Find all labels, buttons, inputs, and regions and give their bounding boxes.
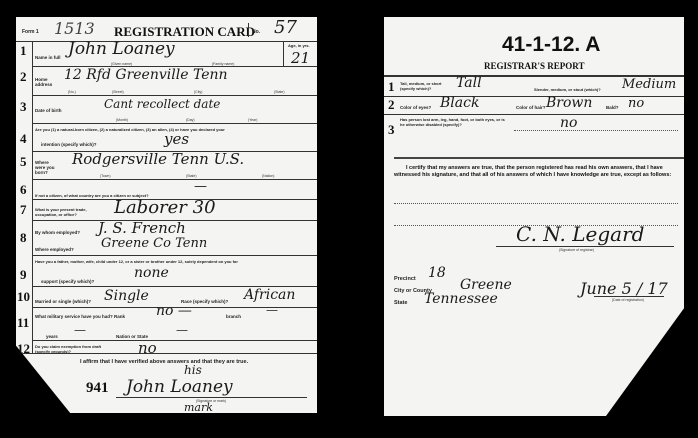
race-value: African: [244, 287, 295, 303]
registrant-signature: John Loaney: [126, 377, 233, 397]
eye-color-label: Color of eyes?: [400, 105, 431, 110]
bald-label: Bald?: [606, 105, 619, 110]
build-label: Slender, medium, or stout (which)?: [534, 87, 601, 92]
military-rank-label: What military service have you had? Rank: [35, 314, 125, 319]
employment-place-label: Where employed?: [35, 247, 74, 252]
birthplace-label: Where were you born?: [35, 160, 57, 175]
employer-label: By whom employed?: [35, 230, 80, 235]
disability-value: no: [560, 115, 577, 131]
hair-color-label: Color of hair?: [516, 105, 546, 110]
marital-label: Married or single (which)?: [35, 299, 91, 304]
address-value: 12 Rfd Greenville Tenn: [64, 67, 228, 83]
height-value: Tall: [456, 75, 482, 91]
eye-color-value: Black: [440, 95, 479, 111]
state-label: State: [394, 300, 407, 306]
employer-value: J. S. French: [98, 219, 186, 237]
registrars-report-card: 41-1-12. A REGISTRAR'S REPORT 1 Tall, me…: [384, 17, 684, 416]
name-value: John Loaney: [68, 39, 175, 59]
card-title: REGISTRATION CARD: [114, 24, 255, 40]
military-rank-value: no —: [156, 303, 192, 319]
hair-color-value: Brown: [546, 95, 592, 111]
disability-label: Has person lost arm, leg, hand, foot, or…: [400, 117, 510, 127]
precinct-value: 18: [428, 265, 446, 281]
citizenship-value: yes: [164, 130, 189, 148]
registration-card: Form 1 1513 REGISTRATION CARD No. 57 1 N…: [16, 17, 317, 413]
age-value: 21: [291, 49, 310, 67]
affirmation-text: I affirm that I have verified above answ…: [80, 359, 248, 365]
citizenship-question: Are you (1) a natural-born citizen, (2) …: [35, 127, 225, 132]
name-label: Name in full: [35, 55, 61, 60]
address-label: Home address: [35, 77, 55, 87]
serial-number: 41-1-12. A: [502, 33, 600, 57]
bald-value: no: [628, 96, 644, 111]
foreign-citizenship-value: —: [194, 179, 207, 194]
certification-text: I certify that my answers are true, that…: [394, 165, 679, 179]
years-label: years: [46, 334, 58, 339]
report-title: REGISTRAR'S REPORT: [484, 61, 584, 71]
precinct-label: Precinct: [394, 276, 416, 282]
build-value: Medium: [622, 77, 676, 92]
occupation-value: Laborer 30: [114, 197, 216, 218]
row-number-1: 1: [20, 43, 27, 59]
no-label: No.: [252, 29, 260, 35]
dependents-question: Have you a father, mother, wife, child u…: [35, 259, 238, 264]
height-label: Tall, medium, or short (specify which)?: [400, 81, 448, 91]
employment-place-value: Greene Co Tenn: [101, 236, 207, 251]
branch-label: branch: [226, 314, 241, 319]
card-number: 57: [274, 17, 297, 38]
marital-value: Single: [104, 288, 149, 304]
dob-value: Cant recollect date: [104, 97, 220, 111]
occupation-label: What is your present trade, occupation, …: [35, 207, 93, 217]
form-label: Form 1: [22, 29, 39, 35]
exemption-value: no: [138, 339, 157, 357]
age-label: Age, in yrs.: [288, 43, 310, 48]
dependents-value: none: [134, 265, 169, 281]
state-value: Tennessee: [424, 291, 498, 307]
dob-label: Date of birth: [35, 108, 62, 113]
form-number: 1513: [54, 19, 95, 38]
stamp-number: 941: [86, 380, 109, 397]
birthplace-value: Rodgersville Tenn U.S.: [72, 150, 244, 168]
registrar-signature: C. N. Legard: [516, 222, 644, 246]
